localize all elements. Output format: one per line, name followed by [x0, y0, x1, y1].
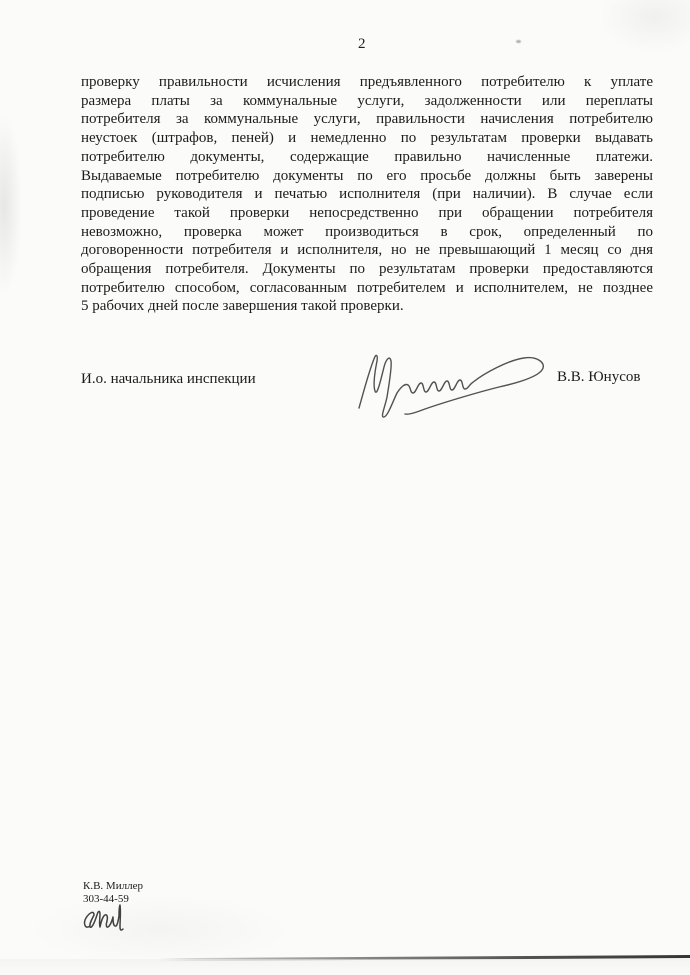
scan-bottom-band [0, 959, 690, 975]
body-line: проведение такой проверки непосредственн… [81, 204, 653, 223]
body-line: потребителя за коммунальные услуги, прав… [81, 110, 653, 129]
body-line: проверку правильности исчисления предъяв… [81, 73, 653, 92]
body-paragraph: проверку правильности исчисления предъяв… [81, 73, 653, 316]
document-page: 2 проверку правильности исчисления предъ… [0, 0, 690, 975]
body-line: договоренности потребителя и исполнителя… [81, 241, 653, 260]
body-line: потребителю документы, содержащие правил… [81, 148, 653, 167]
scan-smudge [600, 0, 690, 52]
page-number: 2 [358, 36, 366, 53]
body-line: потребителю способом, согласованным потр… [81, 279, 653, 298]
executor-initials-scribble [82, 902, 132, 936]
body-line: обращения потребителя. Документы по резу… [81, 260, 653, 279]
body-line: невозможно, проверка может производиться… [81, 223, 653, 242]
director-signature-scribble [347, 345, 555, 423]
body-line: 5 рабочих дней после завершения такой пр… [81, 297, 653, 316]
executor-name: К.В. Миллер [83, 880, 143, 893]
body-line: неустоек (штрафов, пеней) и немедленно п… [81, 129, 653, 148]
scan-smudge [0, 115, 22, 295]
body-line: подписью руководителя и печатью исполнит… [81, 185, 653, 204]
signatory-name: В.В. Юнусов [557, 369, 640, 386]
signatory-title: И.о. начальника инспекции [81, 371, 256, 388]
body-line: Выдаваемые потребителю документы по его … [81, 167, 653, 186]
scan-speck [516, 40, 521, 43]
body-line: размера платы за коммунальные услуги, за… [81, 92, 653, 111]
scan-smudge [30, 895, 290, 965]
